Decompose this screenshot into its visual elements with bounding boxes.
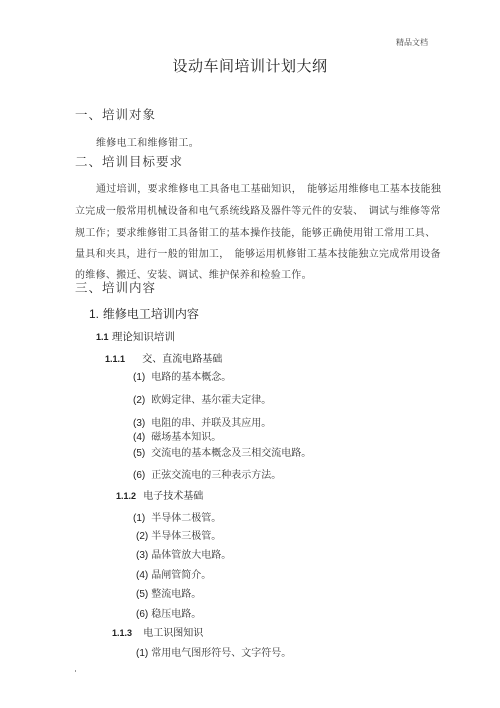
paragraph-line: 量具和夹具，进行一般的钳加工， 能够运用机修钳工基本技能独立完成常用设备 xyxy=(75,245,441,260)
list-item: (6)稳压电路。 xyxy=(136,605,201,620)
list-item: (3)晶体管放大电路。 xyxy=(136,546,231,561)
subsection-heading-1: 1. 维修电工培训内容 xyxy=(89,305,199,322)
subsection-label: 交、直流电路基础 xyxy=(142,354,222,365)
list-item: (1)电路的基本概念。 xyxy=(133,368,231,383)
subsection-heading-1-1-3: 1.1.3 电工识图知识 xyxy=(112,624,203,639)
list-item: (4)晶闸管简介。 xyxy=(136,566,211,581)
subsection-label: 理论知识培训 xyxy=(112,331,175,343)
list-item: (2)半导体三极管。 xyxy=(136,527,221,542)
section-body-line: 维修电工和维修钳工。 xyxy=(96,134,199,149)
section-heading-training-content: 三、培训内容 xyxy=(75,278,156,296)
subsection-number: 1.1.3 xyxy=(112,628,132,638)
header-note: 精品文档 xyxy=(396,37,428,48)
subsection-label: 电子技术基础 xyxy=(143,491,203,502)
paragraph-line: 规工作；要求维修钳工具备钳工的基本操作技能，能够正确使用钳工常用工具、 xyxy=(75,224,436,239)
paragraph-line: 立完成一般常用机械设备和电气系统线路及器件等元件的安装、 调试与维修等常 xyxy=(75,202,441,217)
list-item: (3)电阻的串、并联及其应用。 xyxy=(133,414,271,429)
subsection-label: 电工识图知识 xyxy=(143,628,203,639)
subsection-label: 维修电工培训内容 xyxy=(103,307,199,321)
list-item: (6)正弦交流电的三种表示方法。 xyxy=(133,466,281,481)
list-item: (5)整流电路。 xyxy=(136,585,201,600)
list-item: (4)磁场基本知识。 xyxy=(133,428,221,443)
list-item: (1)常用电气图形符号、文字符号。 xyxy=(136,644,291,659)
subsection-number: 1.1.2 xyxy=(116,491,136,501)
subsection-number: 1.1.1 xyxy=(105,354,125,364)
subsection-number: 1.1 xyxy=(96,332,109,342)
subsection-heading-1-1-2: 1.1.2 电子技术基础 xyxy=(116,487,203,502)
list-item: (1)半导体二极管。 xyxy=(133,509,221,524)
subsection-heading-1-1-1: 1.1.1 交、直流电路基础 xyxy=(105,350,222,365)
page-mark xyxy=(75,670,76,672)
subsection-heading-1-1: 1.1 理论知识培训 xyxy=(96,329,175,344)
subsection-number: 1. xyxy=(89,307,99,321)
list-item: (5)交流电的基本概念及三相交流电路。 xyxy=(133,444,311,459)
paragraph-line: 通过培训，要求维修电工具备电工基础知识， 能够运用维修电工基本技能独 xyxy=(96,180,441,195)
section-heading-training-goals: 二、培训目标要求 xyxy=(75,152,183,170)
section-heading-training-target: 一、培训对象 xyxy=(75,105,156,123)
list-item: (2)欧姆定律、基尔霍夫定律。 xyxy=(133,391,271,406)
document-title: 设动车间培训计划大纲 xyxy=(0,55,500,76)
